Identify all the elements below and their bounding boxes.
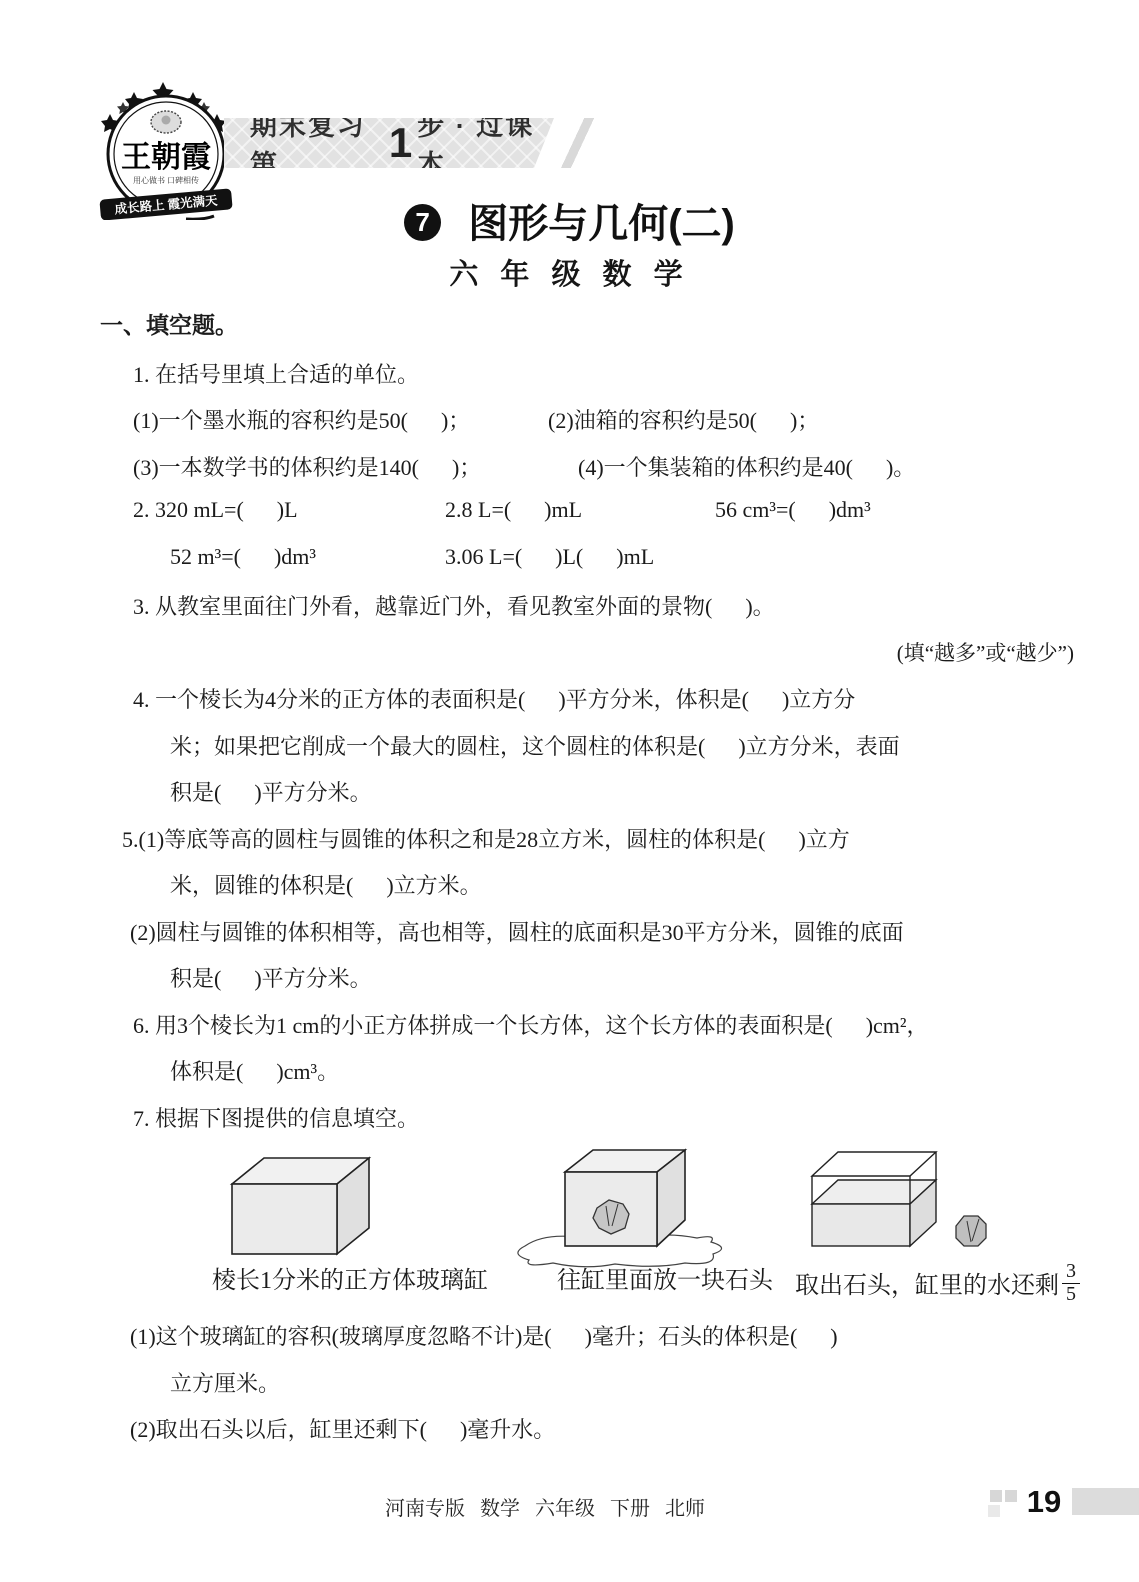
question-6-line-1: 6. 用3个棱长为1 cm的小正方体拼成一个长方体，这个长方体的表面积是( )c… xyxy=(133,1009,929,1040)
logo-portrait-face xyxy=(162,116,171,125)
banner-step-number: 1 xyxy=(389,122,414,164)
figure-tank-water-remaining xyxy=(790,1146,1000,1269)
question-7-sub2: (2)取出石头以后，缸里还剩下( )毫升水。 xyxy=(130,1413,555,1444)
question-5-line-2: 米，圆锥的体积是( )立方米。 xyxy=(170,869,482,900)
question-3-note: (填“越多”或“越少”) xyxy=(897,637,1074,667)
logo-name: 王朝霞 xyxy=(121,141,211,174)
question-2-row-b: 52 m³=( )dm³ 3.06 L=( )L( )mL xyxy=(100,536,1080,583)
figure-caption-2: 往缸里面放一块石头 xyxy=(540,1260,790,1295)
page-number-bar xyxy=(1072,1488,1139,1515)
q1-item-3: (3)一本数学书的体积约是140( )； xyxy=(133,451,481,482)
fraction-denominator: 5 xyxy=(1062,1283,1080,1306)
section-heading: 一、填空题。 xyxy=(100,307,238,340)
question-1-row-a: (1)一个墨水瓶的容积约是50( )； (2)油箱的容积约是50( )； xyxy=(100,396,1080,443)
page-number-decoration-square xyxy=(1005,1490,1017,1502)
question-3-stem: 3. 从教室里面往门外看，越靠近门外，看见教室外面的景物( )。 xyxy=(133,590,775,621)
footer-edition-info: 河南专版 数学 六年级 下册 北师 xyxy=(385,1492,705,1521)
worksheet-page: 王朝霞 用心做书 口碑相传 成长路上 霞光满天 期末复习第1步 · 过课本 7 … xyxy=(0,0,1139,1582)
lesson-title-row: 7 图形与几何(二) xyxy=(0,192,1139,249)
fraction-three-fifths: 3 5 xyxy=(1062,1261,1080,1305)
banner-prefix: 期末复习第 xyxy=(250,104,386,182)
figure-tank-with-stone xyxy=(505,1146,735,1273)
figure-caption-3-text: 取出石头，缸里的水还剩 xyxy=(795,1265,1059,1300)
question-2-row-a: 2. 320 mL=( )L 2.8 L=( )mL 56 cm³=( )dm³ xyxy=(100,489,1080,536)
q2-conversion-5: 3.06 L=( )L( )mL xyxy=(445,544,654,570)
fraction-numerator: 3 xyxy=(1066,1261,1076,1283)
question-7-subitems: (1)这个玻璃缸的容积(玻璃厚度忽略不计)是( )毫升；石头的体积是( ) 立方… xyxy=(100,1312,1080,1452)
question-4-line-1: 4. 一个棱长为4分米的正方体的表面积是( )平方分米，体积是( )立方分 xyxy=(133,683,855,714)
question-4-line-3: 积是( )平方分米。 xyxy=(170,776,372,807)
banner-stripes-decoration xyxy=(560,118,602,168)
question-body: 一、填空题。 1. 在括号里填上合适的单位。 (1)一个墨水瓶的容积约是50( … xyxy=(100,303,1080,1140)
page-number: 19 xyxy=(1020,1484,1068,1520)
lesson-title: 图形与几何(二) xyxy=(468,202,735,246)
banner-suffix: 步 · 过课本 xyxy=(417,104,554,182)
figure-caption-1: 棱长1分米的正方体玻璃缸 xyxy=(180,1260,520,1295)
q1-item-1: (1)一个墨水瓶的容积约是50( )； xyxy=(133,404,470,435)
question-1-row-b: (3)一本数学书的体积约是140( )； (4)一个集装箱的体积约是40( )。 xyxy=(100,443,1080,490)
question-1-stem-line: 1. 在括号里填上合适的单位。 xyxy=(100,350,1080,397)
q2-conversion-2: 2.8 L=( )mL xyxy=(445,497,582,523)
box-open-top xyxy=(812,1152,936,1176)
question-7-sub1-line-1: (1)这个玻璃缸的容积(玻璃厚度忽略不计)是( )毫升；石头的体积是( ) xyxy=(130,1320,838,1351)
header-banner: 期末复习第1步 · 过课本 xyxy=(224,118,554,168)
question-6-line-2: 体积是( )cm³。 xyxy=(170,1055,339,1086)
q2-conversion-3: 56 cm³=( )dm³ xyxy=(715,497,871,523)
page-number-decoration-square xyxy=(988,1505,1000,1517)
q2-conversion-4: 52 m³=( )dm³ xyxy=(170,544,316,570)
logo-tagline: 用心做书 口碑相传 xyxy=(133,175,199,185)
figure-glass-tank xyxy=(212,1152,382,1265)
question-3-note-line: (填“越多”或“越少”) xyxy=(100,629,1080,676)
question-7-stem: 7. 根据下图提供的信息填空。 xyxy=(133,1102,419,1133)
figure-caption-3: 取出石头，缸里的水还剩 3 5 xyxy=(795,1260,1075,1304)
q1-item-2: (2)油箱的容积约是50( )； xyxy=(548,404,819,435)
question-4-line-2: 米；如果把它削成一个最大的圆柱，这个圆柱的体积是( )立方分米，表面 xyxy=(170,730,900,761)
lesson-number-badge: 7 xyxy=(404,204,441,241)
question-5-line-3: (2)圆柱与圆锥的体积相等，高也相等，圆柱的底面积是30平方分米，圆锥的底面 xyxy=(130,916,904,947)
question-5-line-1: 5.(1)等底等高的圆柱与圆锥的体积之和是28立方米，圆柱的体积是( )立方 xyxy=(122,823,850,854)
q2-conversion-1: 2. 320 mL=( )L xyxy=(133,497,298,523)
question-7-sub1-line-2: 立方厘米。 xyxy=(170,1367,280,1398)
water-front-face xyxy=(812,1204,910,1246)
question-3-stem-line: 3. 从教室里面往门外看，越靠近门外，看见教室外面的景物( )。 xyxy=(100,582,1080,629)
cube-front-face xyxy=(232,1184,337,1254)
question-5-line-4: 积是( )平方分米。 xyxy=(170,962,372,993)
question-1-stem: 1. 在括号里填上合适的单位。 xyxy=(133,358,419,389)
q1-item-4: (4)一个集装箱的体积约是40( )。 xyxy=(578,451,915,482)
page-number-decoration-square xyxy=(990,1490,1002,1502)
page-subtitle: 六 年 级 数 学 xyxy=(0,252,1139,293)
